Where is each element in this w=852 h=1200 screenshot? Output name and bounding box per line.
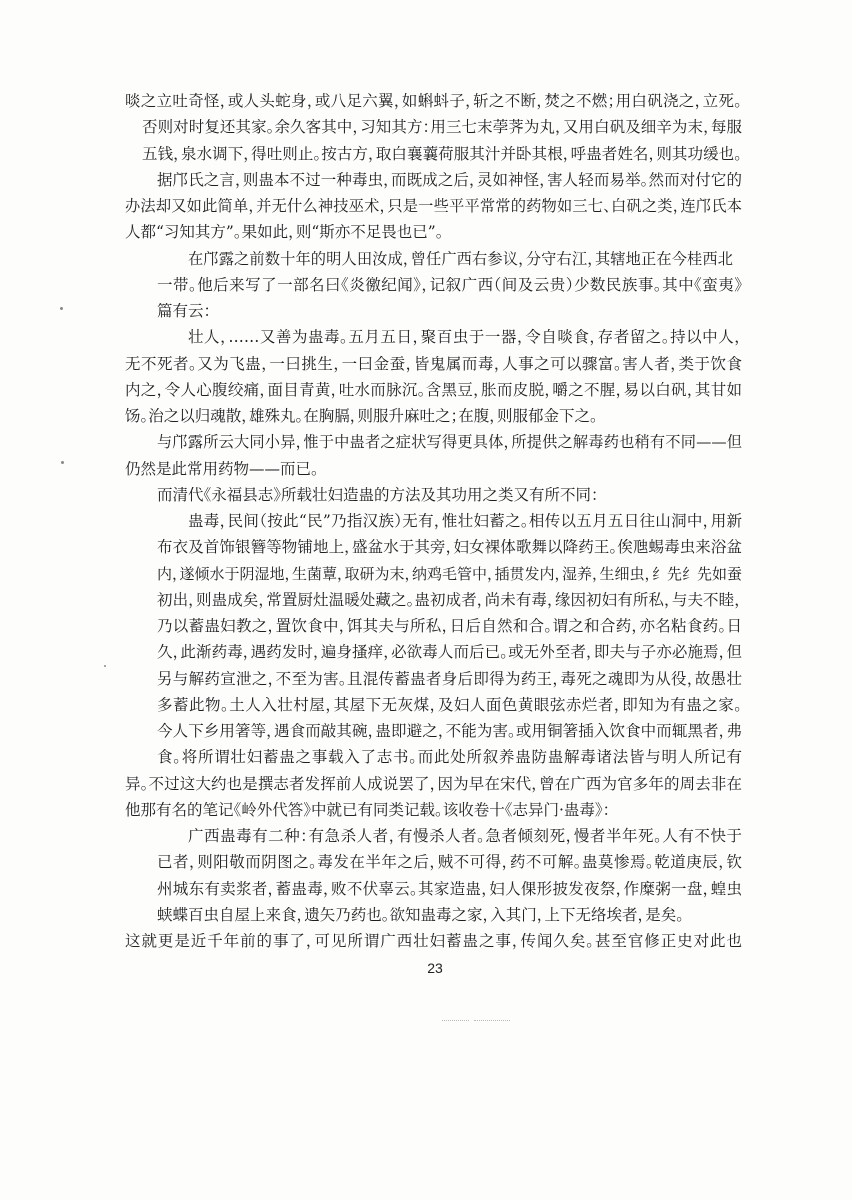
scan-artifact-line <box>442 1020 469 1022</box>
text-line: 据邝氏之言，则蛊本不过一种毒虫，而既成之后，灵如神怪，害人轻而易举。然而对付它的 <box>157 167 742 193</box>
quote-line: 另与解药宣泄之，不至为害。且混传蓄蛊者身后即得为药王，毒死之魂即为从役，故愚壮 <box>157 666 742 692</box>
text-line: 仍然是此常用药物——而已。 <box>125 456 742 482</box>
text-line: 而清代《永福县志》所载壮妇造蛊的方法及其功用之类又有所不同： <box>157 482 742 508</box>
scan-speck <box>104 665 106 667</box>
scanned-book-page: 啖之立吐奇怪，或人头蛇身，或八足六翼，如蝌蚪子，斩之不断，焚之不燃；用白矾浇之，… <box>0 0 852 1200</box>
scan-speck <box>61 461 64 464</box>
quote-line: 饧。治之以归魂散，雄殊丸。在胸膈，则服升麻吐之；在腹，则服郁金下之。 <box>125 403 742 429</box>
text-line: 这就更是近千年前的事了，可见所谓广西壮妇蓄蛊之事，传闻久矣。甚至官修正史对此也 <box>125 928 742 954</box>
scan-speck <box>247 367 249 369</box>
quote-line: 初出，则蛊成矣，常置厨灶温暖处藏之。蛊初成者，尚未有毒，缘因初妇有所私，与夫不睦… <box>157 587 742 613</box>
text-line: 异。不过这大约也是撰志者发挥前人成说罢了，因为早在宋代，曾在广西为官多年的周去非… <box>125 771 742 797</box>
text-line: 办法却又如此简单，并无什么神技巫术，只是一些平平常常的药物如三七、白矾之类，连邝… <box>125 193 742 219</box>
quote-line: 多蓄此物。土人入壮村屋，其屋下无灰煤，及妇人面色黄眼弦赤烂者，即知为有蛊之家。 <box>157 692 742 718</box>
scan-artifact-line <box>474 1020 510 1022</box>
quote-line: 内，遂倾水于阴湿地，生菌蕈，取研为末，纳鸡毛管中，插贯发内，湿养，生细虫，纟先纟… <box>157 561 742 587</box>
quote-line: 无不死者。又为飞蛊，一曰挑生，一曰金蚕，皆鬼属而毒，人事之可以骤富。害人者，类于… <box>125 351 742 377</box>
text-line: 人都“习知其方”。果如此，则“斯亦不足畏也已”。 <box>125 219 742 245</box>
quote-line: 广西蛊毒有二种：有急杀人者，有慢杀人者。急者倾刻死，慢者半年死。人有不快于 <box>188 823 742 849</box>
text-line: 在邝露之前数十年的明人田汝成，曾任广西右参议，分守右江，其辖地正在今桂西北 <box>188 246 733 272</box>
text-line: 他那有名的笔记《岭外代答》中就已有同类记载。该收卷十《志异门·蛊毒》： <box>125 797 742 823</box>
quote-line: 乃以蓄蛊妇教之，置饮食中，饵其夫与所私，日后自然和合。谓之和合药，亦名粘食药。日 <box>157 613 742 639</box>
text-line: 五钱，泉水调下，得吐则止。按古方，取白襄蘘荷服其汁并卧其根，呼蛊者姓名，则其功缓… <box>142 141 742 167</box>
body-text: 啖之立吐奇怪，或人头蛇身，或八足六翼，如蝌蚪子，斩之不断，焚之不燃；用白矾浇之，… <box>0 88 852 954</box>
quote-line: 州城东有卖浆者，蓄蛊毒，败不伏辜云。其家造蛊，妇人倮形披发夜祭，作糜粥一盘，蝗虫 <box>157 876 742 902</box>
quote-line: 壮人，……又善为蛊毒。五月五日，聚百虫于一器，令自啖食，存者留之。持以中人， <box>188 324 742 350</box>
text-line: 啖之立吐奇怪，或人头蛇身，或八足六翼，如蝌蚪子，斩之不断，焚之不燃；用白矾浇之，… <box>125 88 742 114</box>
text-line: 食。将所谓壮妇蓄蛊之事载入了志书。而此处所叙养蛊防蛊解毒诸法皆与明人所记有 <box>157 744 742 770</box>
quote-line: 已者，则阳敬而阴图之。毒发在半年之后，贼不可得，药不可解。蛊莫惨焉。乾道庚辰，钦 <box>157 849 742 875</box>
text-line: 篇有云： <box>157 298 742 324</box>
text-line: 一带。他后来写了一部名曰《炎徼纪闻》，记叙广西（间及云贵）少数民族事。其中《蛮夷… <box>157 272 742 298</box>
quote-line: 布衣及首饰银簪等物铺地上，盛盆水于其旁，妇女裸体歌舞以降药王。俟虺蜴毒虫来浴盆 <box>157 534 742 560</box>
text-line: 与邝露所云大同小异，惟于中蛊者之症状写得更具体，所提供之解毒药也稍有不同——但 <box>157 429 742 455</box>
quote-line: 久，此渐药毒，遇药发时，遍身搔痒，必欲毒人而后已。或无外至者，即夫与子亦必施焉，… <box>157 639 742 665</box>
quote-line: 蛊毒，民间（按此“民”乃指汉族）无有，惟壮妇蓄之。相传以五月五日往山洞中，用新 <box>188 508 742 534</box>
page-number: 23 <box>415 959 455 977</box>
quote-line: 内之，令人心腹绞痛，面目青黄，吐水而脉沉。含黑豆，胀而皮脱，嚼之不腥，易以白矾，… <box>125 377 742 403</box>
quote-line: 今人下乡用箸等，遇食而敲其碗，蛊即避之，不能为害。或用铜箸插入饮食中而辄黑者，弗 <box>157 718 742 744</box>
text-line: 否则对时复还其家。余久客其中，习知其方：用三七末荸荠为丸，又用白矾及细辛为末，每… <box>142 114 742 140</box>
scan-speck <box>60 307 63 310</box>
quote-line: 蛱蝶百虫自屋上来食，遗矢乃药也。欲知蛊毒之家，入其门，上下无络埃者，是矣。 <box>157 902 742 928</box>
